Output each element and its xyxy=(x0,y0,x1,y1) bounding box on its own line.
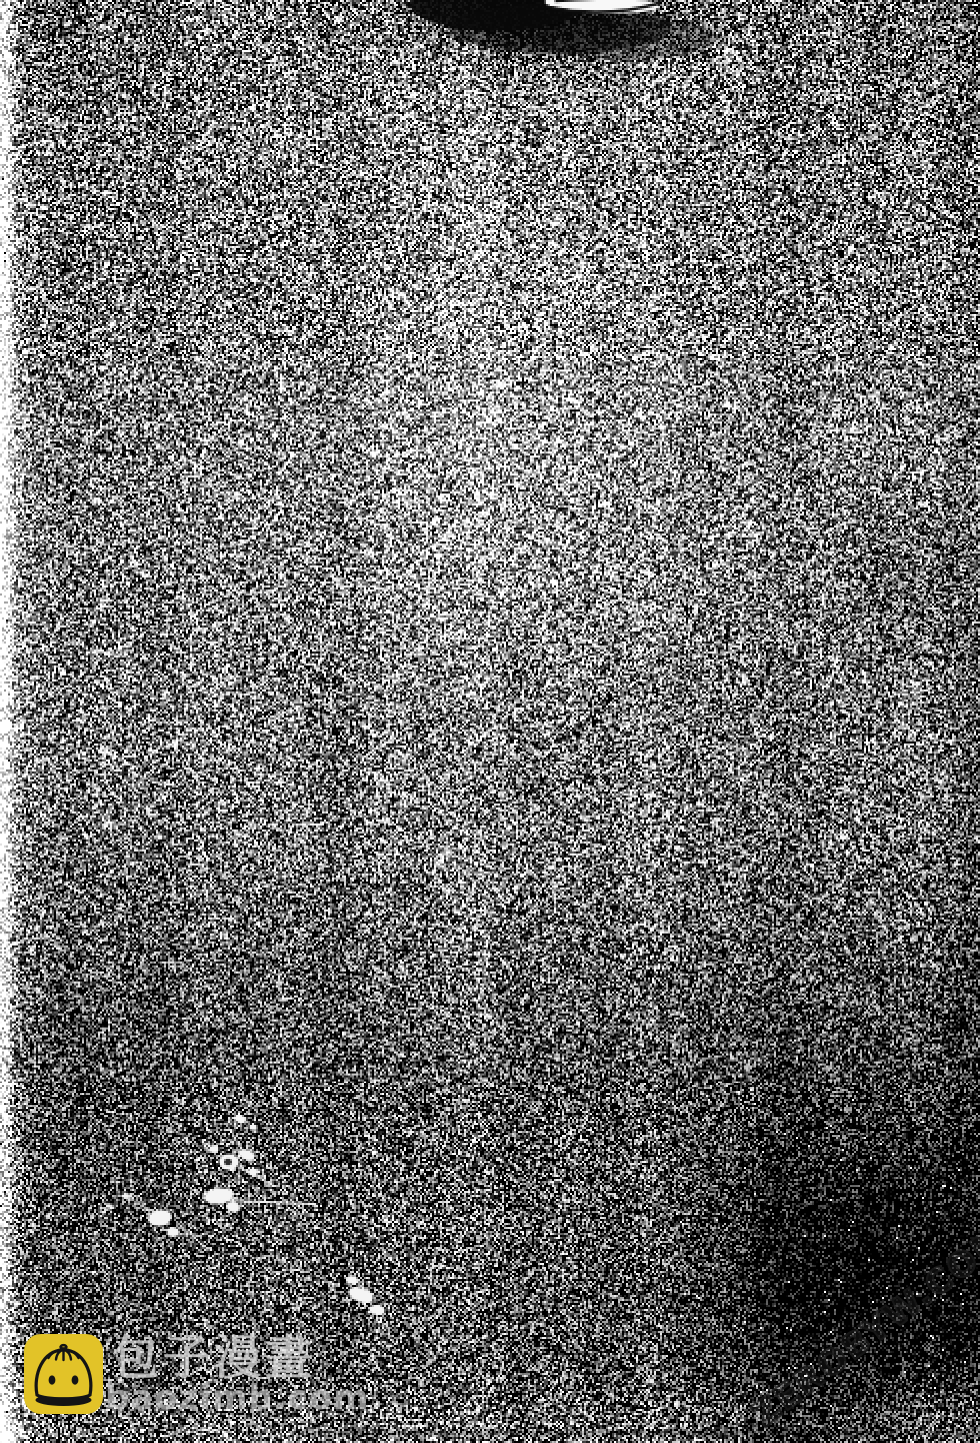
photocopy-noise-texture xyxy=(0,0,980,1443)
scanned-manga-page: 包子漫畫 baozimh.com ZEROBYW.COM xyxy=(0,0,980,1443)
